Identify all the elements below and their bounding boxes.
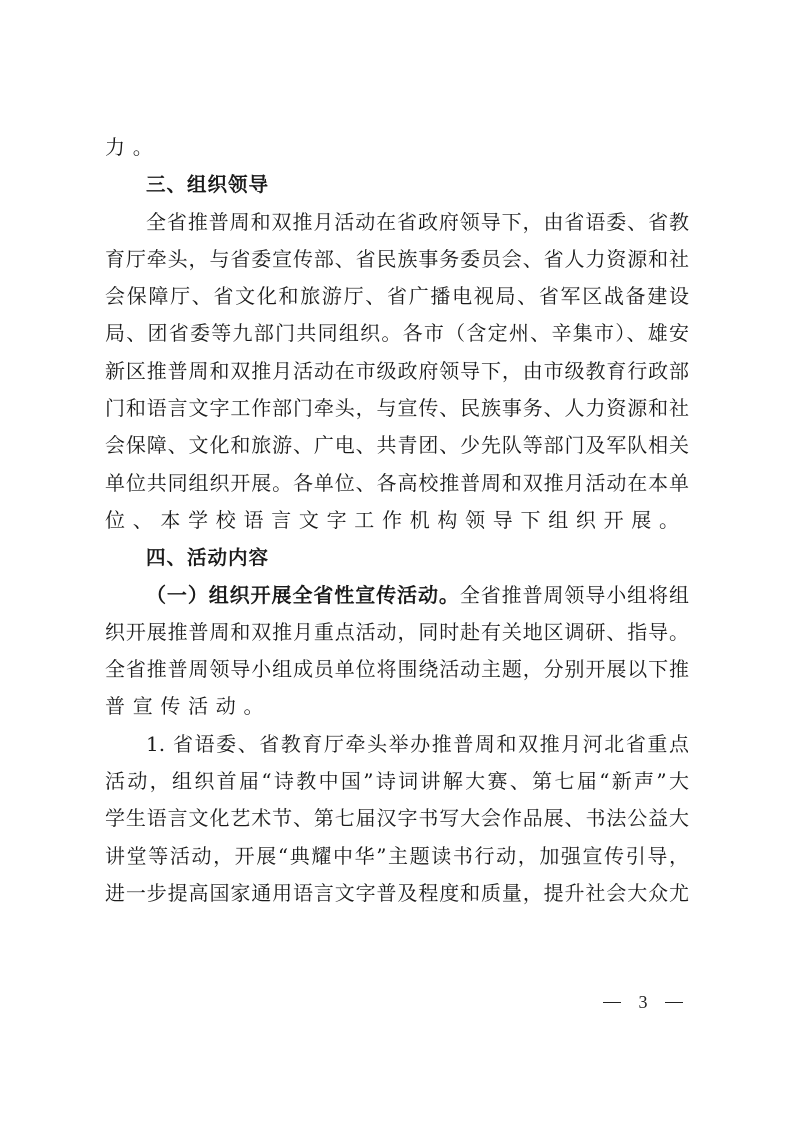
page-number-left-dash [603, 1002, 621, 1004]
subsection-text: 全省推普周领导小组将组 [460, 583, 689, 607]
section-heading-activities: 四、活动内容 [105, 539, 689, 576]
list-item-line: 活动，组织首届“诗教中国”诗词讲解大赛、第七届“新声”大 [105, 763, 689, 800]
paragraph-line: 育厅牵头，与省委宣传部、省民族事务委员会、省人力资源和社 [105, 241, 689, 278]
paragraph-line: 单位共同组织开展。各单位、各高校推普周和双推月活动在本单 [105, 465, 689, 502]
paragraph-line: 新区推普周和双推月活动在市级政府领导下，由市级教育行政部 [105, 353, 689, 390]
subsection-first-line: （一）组织开展全省性宣传活动。全省推普周领导小组将组 [105, 577, 689, 614]
page-number-right-dash [665, 1002, 683, 1004]
paragraph-line: 位、本学校语言文字工作机构领导下组织开展。 [105, 502, 689, 539]
paragraph-line: 门和语言文字工作部门牵头，与宣传、民族事务、人力资源和社 [105, 390, 689, 427]
document-page: 力。 三、组织领导 全省推普周和双推月活动在省政府领导下，由省语委、省教 育厅牵… [0, 0, 794, 1123]
paragraph-line: 局、团省委等九部门共同组织。各市（含定州、辛集市）、雄安 [105, 315, 689, 352]
paragraph-line: 会保障、文化和旅游、广电、共青团、少先队等部门及军队相关 [105, 427, 689, 464]
continuation-line: 力。 [105, 129, 689, 166]
paragraph-line: 会保障厅、省文化和旅游厅、省广播电视局、省军区战备建设 [105, 278, 689, 315]
list-item-line: 进一步提高国家通用语言文字普及程度和质量，提升社会大众尤 [105, 875, 689, 912]
list-item-line: 学生语言文化艺术节、第七届汉字书写大会作品展、书法公益大 [105, 800, 689, 837]
page-number: 3 [603, 992, 683, 1013]
subsection-heading: （一）组织开展全省性宣传活动。 [146, 583, 460, 607]
section-heading-organization: 三、组织领导 [105, 166, 689, 203]
paragraph-line: 全省推普周和双推月活动在省政府领导下，由省语委、省教 [105, 204, 689, 241]
page-number-value: 3 [639, 992, 648, 1013]
document-body: 力。 三、组织领导 全省推普周和双推月活动在省政府领导下，由省语委、省教 育厅牵… [105, 129, 689, 912]
paragraph-line: 全省推普周领导小组成员单位将围绕活动主题，分别开展以下推 [105, 651, 689, 688]
paragraph-line: 普宣传活动。 [105, 688, 689, 725]
list-item-line: 1. 省语委、省教育厅牵头举办推普周和双推月河北省重点 [105, 726, 689, 763]
paragraph-line: 织开展推普周和双推月重点活动，同时赴有关地区调研、指导。 [105, 614, 689, 651]
list-item-line: 讲堂等活动，开展“典耀中华”主题读书行动，加强宣传引导， [105, 838, 689, 875]
